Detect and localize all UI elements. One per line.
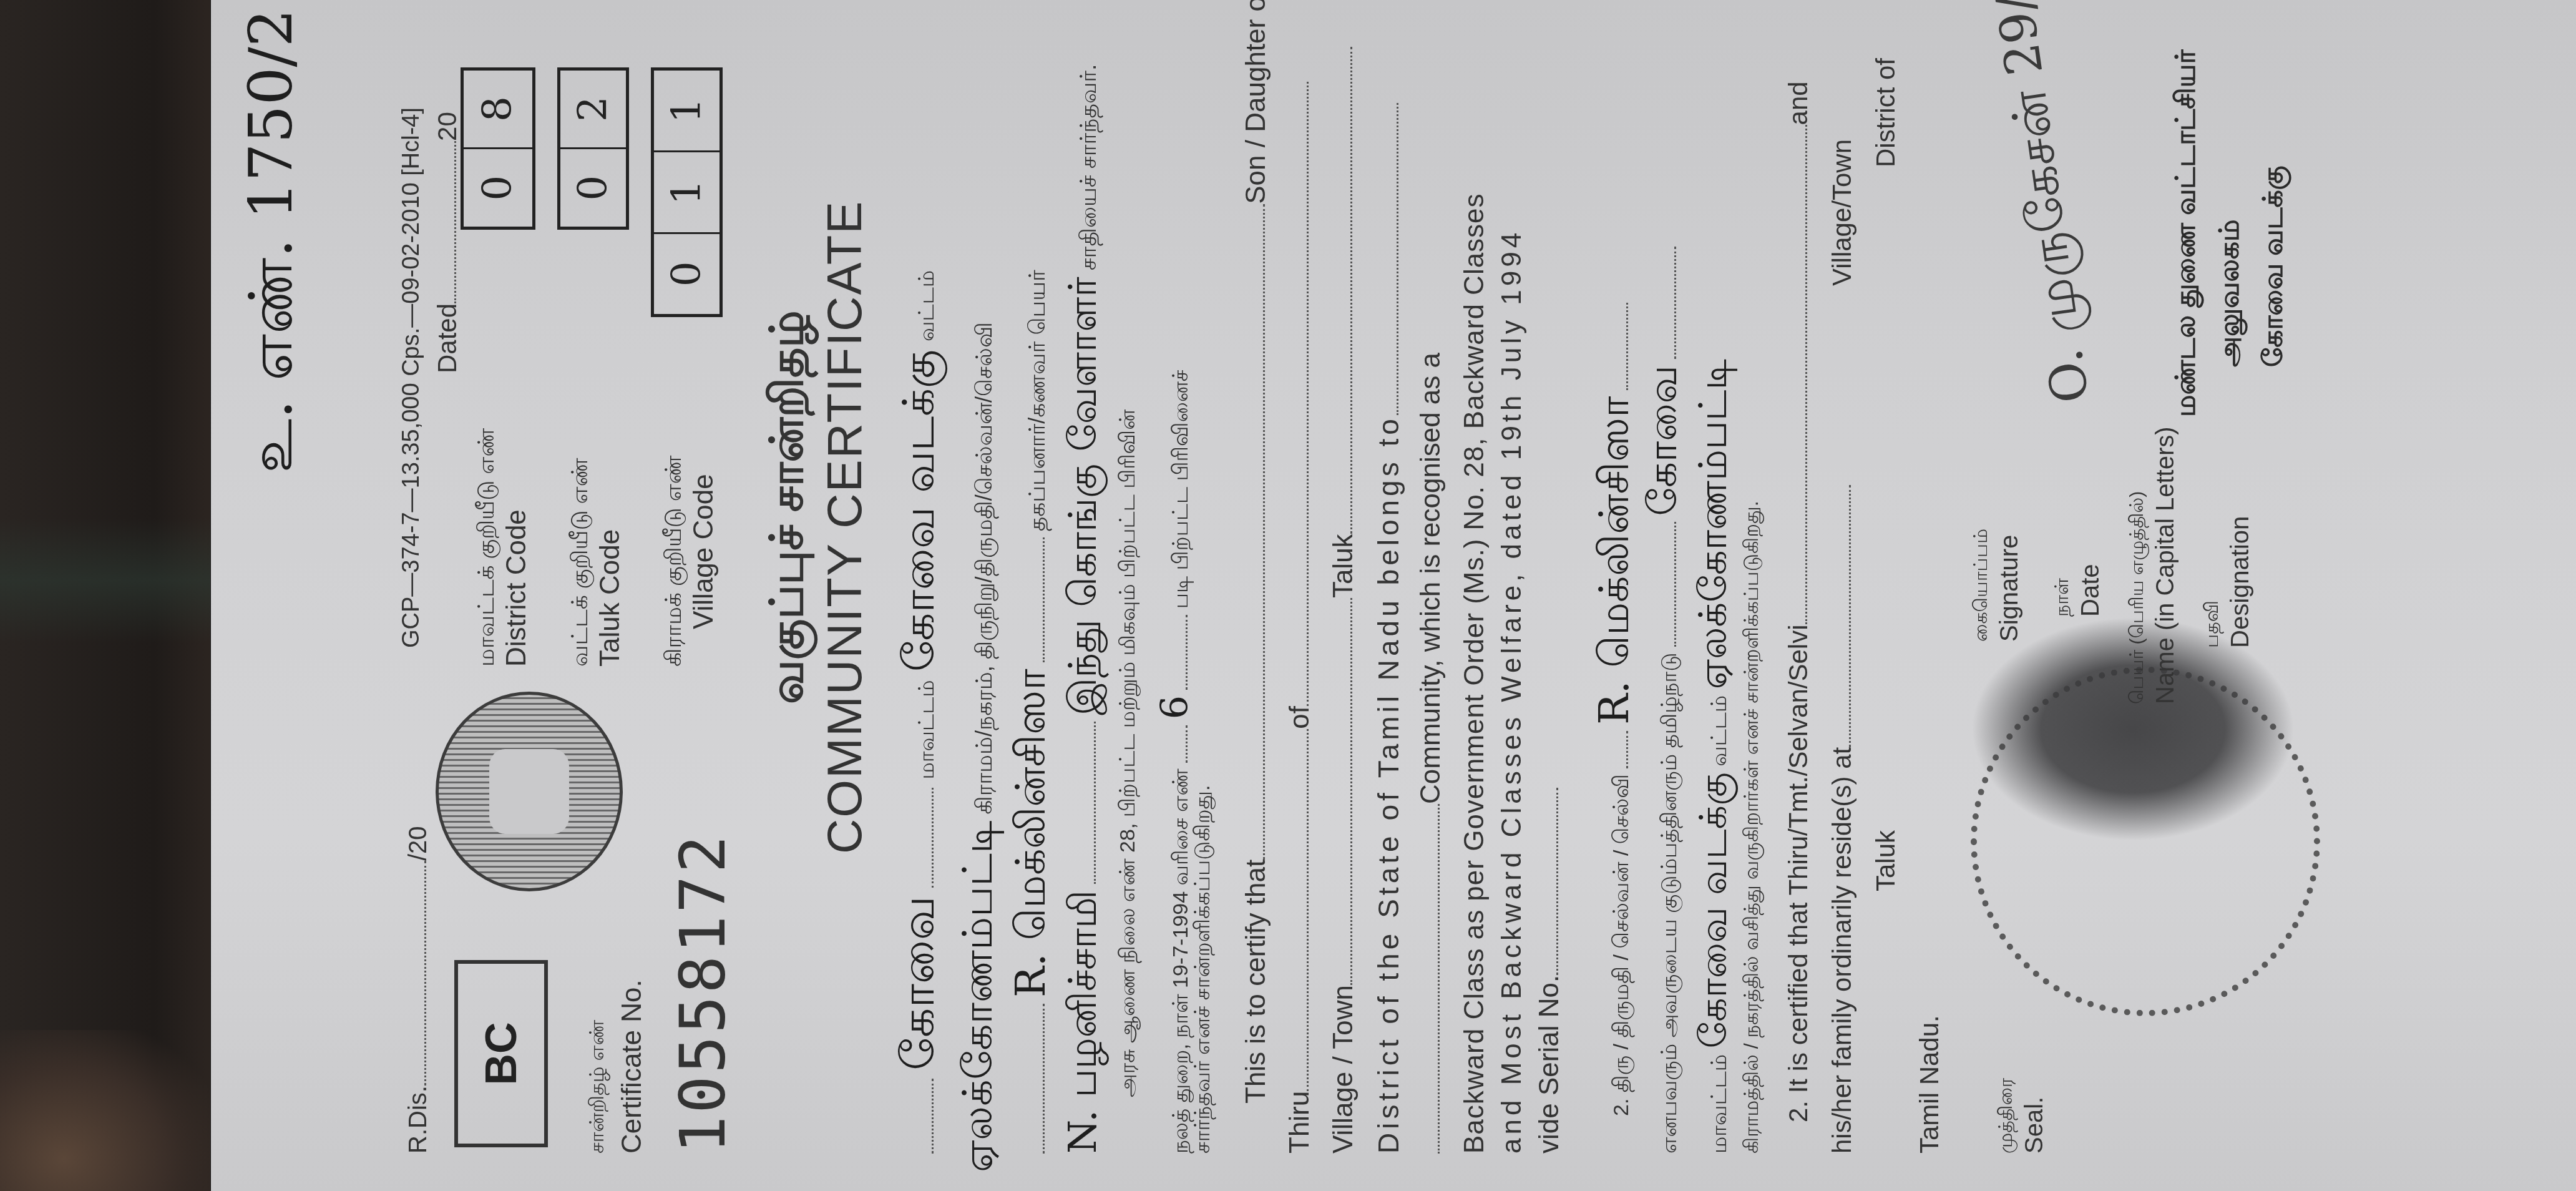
village-code-digit: 1: [654, 150, 720, 232]
taluk-code-digit: 0: [560, 148, 626, 227]
tamil-nadu-emblem-icon: [436, 692, 623, 891]
district-code-digit: 0: [464, 148, 532, 227]
s2-en-village-town: Village/Town: [1827, 139, 1857, 286]
print-code: GCP—374-7—13.35,000 Cps.—09-02-2010 [Hcl…: [398, 107, 425, 648]
en-intro: This is to certify thatSon / Daughter of: [1241, 0, 1272, 1104]
certificate-title-en: COMMUNITY CERTIFICATE: [816, 200, 873, 854]
ta-father-label: தகப்பனார்/கணவர் பெயர்: [1024, 270, 1050, 531]
ta-line-5: அரசு ஆணை நிலை எண் 28, பிற்பட்ட மற்றும் ம…: [1116, 409, 1143, 1097]
taluk-code-box: 0 2: [557, 67, 629, 230]
district-code-digit: 8: [464, 71, 532, 148]
village-code-digit: 0: [654, 232, 720, 314]
en-community-text: Community, which is recognised as a: [1415, 353, 1446, 804]
ta-line-4: N. பழனிச்சாமி இந்து கொங்கு வேளாளர் சாதிய…: [1060, 64, 1111, 1154]
certificate-number: 10558172: [666, 833, 739, 1154]
taluk-code-label-en: Taluk Code: [595, 529, 626, 667]
officer-stamp-line-1: மண்டல துணை வட்டாட்சியர்: [2170, 50, 2205, 418]
r-dis-suffix: /20: [404, 826, 432, 861]
handwritten-reference: உ. எண். 1750/2: [236, 9, 314, 473]
ta-line-7: சார்ந்தவர் எனச் சான்றளிக்கப்படுகிறது.: [1191, 785, 1217, 1154]
r-dis-field: R.Dis./20: [404, 826, 432, 1154]
ta-line-1: கோவை மாவட்டம் கோவை வடக்கு வட்டம்: [891, 270, 951, 1154]
ta-district-print: மாவட்டம்: [915, 680, 939, 779]
dated-field: Dated20: [432, 112, 462, 373]
en-intro-text: This is to certify that: [1241, 860, 1271, 1104]
name-label-en: Name (in Capital Letters): [2152, 426, 2180, 704]
ta-go-suffix: படி பிற்பட்ட பிரிவினைச்: [1169, 370, 1193, 609]
en-son-daughter: Son / Daughter of: [1241, 0, 1271, 204]
s2-en-and: and: [1783, 81, 1813, 125]
district-code-label-ta: மாவட்டக் குறியீடு எண்: [473, 428, 502, 667]
s2-en-certified: 2. It is certified that Thiru/Tmt./Selva…: [1783, 624, 1813, 1122]
dated-suffix: 20: [432, 112, 462, 141]
r-dis-label: R.Dis.: [404, 1086, 432, 1154]
en-taluk: Taluk: [1328, 534, 1359, 598]
signature-label-ta: கையொப்பம்: [1971, 529, 1994, 642]
en-bc-line-1: Backward Class as per Government Order (…: [1459, 193, 1490, 1154]
en-serial-line: vide Serial No.: [1534, 788, 1565, 1154]
ta-father-hand: N. பழனிச்சாமி: [1060, 890, 1105, 1154]
background-band: [0, 518, 212, 643]
officer-stamp-line-2: அலுவலகம்: [2214, 220, 2249, 367]
certificate-no-label-ta: சான்றிதழ் எண்: [585, 1020, 611, 1154]
taluk-code-digit: 2: [560, 71, 626, 148]
s2-ta-line-2: எனபவரும் அவருடைய குடும்பத்தினரும் தமிழ்ந…: [1640, 247, 1691, 1154]
background-glow: [0, 1030, 212, 1191]
village-code-label-ta: கிராமக் குறியீடு எண்: [660, 455, 690, 667]
designation-label-en: Designation: [2227, 516, 2255, 648]
en-village-town: Village / Town: [1328, 985, 1359, 1154]
district-code-box: 0 8: [461, 67, 535, 230]
category-badge: BC: [454, 960, 548, 1147]
district-code-label-en: District Code: [501, 509, 532, 667]
s2-en-reside: his/her family ordinarily reside(s) at: [1827, 747, 1856, 1154]
en-thiru: Thiru: [1284, 1091, 1315, 1154]
s2-village-hand: ஏலக்கோணம்பட்டி: [1690, 359, 1735, 689]
s2-en-tamil-nadu: Tamil Nadu.: [1915, 1015, 1944, 1154]
en-bc-line-2: and Most Backward Classes Welfare, dated…: [1496, 229, 1528, 1154]
en-thiru-line: Thiruof: [1284, 82, 1315, 1154]
s2-taluk-hand: கோவை வடக்கு: [1692, 772, 1735, 1048]
name-label-ta: பெயர் (பெரிய எழுத்தில்): [2127, 491, 2150, 704]
ta-line-3: R. மெக்லின்சிஸா தகப்பனார்/கணவர் பெயர்: [1007, 270, 1060, 1154]
en-of: of: [1284, 706, 1315, 729]
s2-en-line-1: 2. It is certified that Thiru/Tmt./Selva…: [1783, 81, 1813, 1122]
ta-go-date: நலத் துறை, நாள் 19-7-1994 வரிசை எண்: [1169, 768, 1193, 1154]
taluk-code-label-ta: வட்டக் குறியீடு எண்: [567, 458, 596, 667]
date-label-en: Date: [2077, 564, 2105, 617]
officer-signature: O. முருகேசன் 29/7/1: [1974, 0, 2107, 406]
s2-ta-line-1: 2. திரு / திருமதி / செல்வன் / செல்வி R. …: [1590, 303, 1644, 1116]
designation-label-ta: பதவி: [2202, 600, 2225, 648]
dated-label: Dated: [432, 303, 462, 373]
s2-en-taluk: Taluk: [1871, 830, 1901, 891]
s2-district-hand: கோவை: [1640, 365, 1686, 516]
ta-village-hand: ஏலக்கோணம்பட்டி: [954, 821, 1002, 1172]
ta-line-2: ஏலக்கோணம்பட்டி கிராமம்/நகரம், திருநிறு/த…: [954, 322, 1007, 1172]
en-village-line: Village / TownTaluk: [1328, 47, 1359, 1154]
en-district-line: District of the State of Tamil Nadu belo…: [1372, 103, 1405, 1154]
village-code-digit: 1: [654, 71, 720, 150]
community-certificate-paper: உ. எண். 1750/2 R.Dis./20 GCP—374-7—13.35…: [211, 0, 2576, 1191]
s2-ta-title-print: 2. திரு / திருமதி / செல்வன் / செல்வி: [1609, 774, 1633, 1116]
village-code-label-en: Village Code: [688, 474, 720, 629]
s2-en-line-2: his/her family ordinarily reside(s) at: [1827, 485, 1857, 1154]
en-serial: vide Serial No.: [1534, 975, 1564, 1154]
seal-label-en: Seal.: [2021, 1097, 2049, 1154]
s2-ta-line-4: கிராமத்தில் / நகரத்தில் வசித்து வருகிறார…: [1740, 501, 1765, 1154]
signature-label-en: Signature: [1996, 535, 2024, 642]
s2-ta-district-print: மாவட்டம்: [1707, 1054, 1731, 1154]
officer-stamp-line-3: கோவை வடக்கு: [2258, 166, 2293, 367]
ta-taluk-hand: கோவை வடக்கு: [893, 350, 944, 672]
ta-district-hand: கோவை: [891, 896, 945, 1070]
ta-village-print: கிராமம்/நகரம், திருநிறு/திருமதி/செல்வன்/…: [971, 322, 997, 815]
en-district-text: District of the State of Tamil Nadu belo…: [1372, 415, 1405, 1154]
s2-ta-line-3: மாவட்டம் கோவை வடக்கு வட்டம் ஏலக்கோணம்பட்…: [1690, 359, 1741, 1154]
certificate-no-label-en: Certificate No.: [617, 979, 648, 1154]
s2-ta-taluk-print: வட்டம்: [1707, 695, 1731, 767]
certificate-title-ta: வகுப்புச் சான்றிதழ்: [760, 310, 820, 704]
ta-taluk-print: வட்டம்: [915, 270, 939, 341]
s2-ta-family-print: எனபவரும் அவருடைய குடும்பத்தினரும் தமிழ்ந…: [1657, 652, 1681, 1154]
ta-name-hand: R. மெக்லின்சிஸா: [1007, 669, 1055, 997]
village-code-box: 0 1 1: [651, 67, 723, 317]
s2-en-district-of: District of: [1871, 58, 1901, 167]
s2-name-hand: R. மெக்லின்சிஸா: [1590, 396, 1638, 725]
ta-caste-hand: இந்து கொங்கு வேளாளர்: [1060, 277, 1105, 715]
ta-serial-hand: 6: [1153, 695, 1197, 719]
ta-caste-print: சாதியைச் சார்ந்தவர்.: [1075, 64, 1101, 270]
date-label-ta: நாள்: [2052, 578, 2076, 617]
en-community-line: Community, which is recognised as a: [1415, 353, 1447, 1154]
seal-label-ta: முத்திரை: [1996, 1078, 2019, 1154]
